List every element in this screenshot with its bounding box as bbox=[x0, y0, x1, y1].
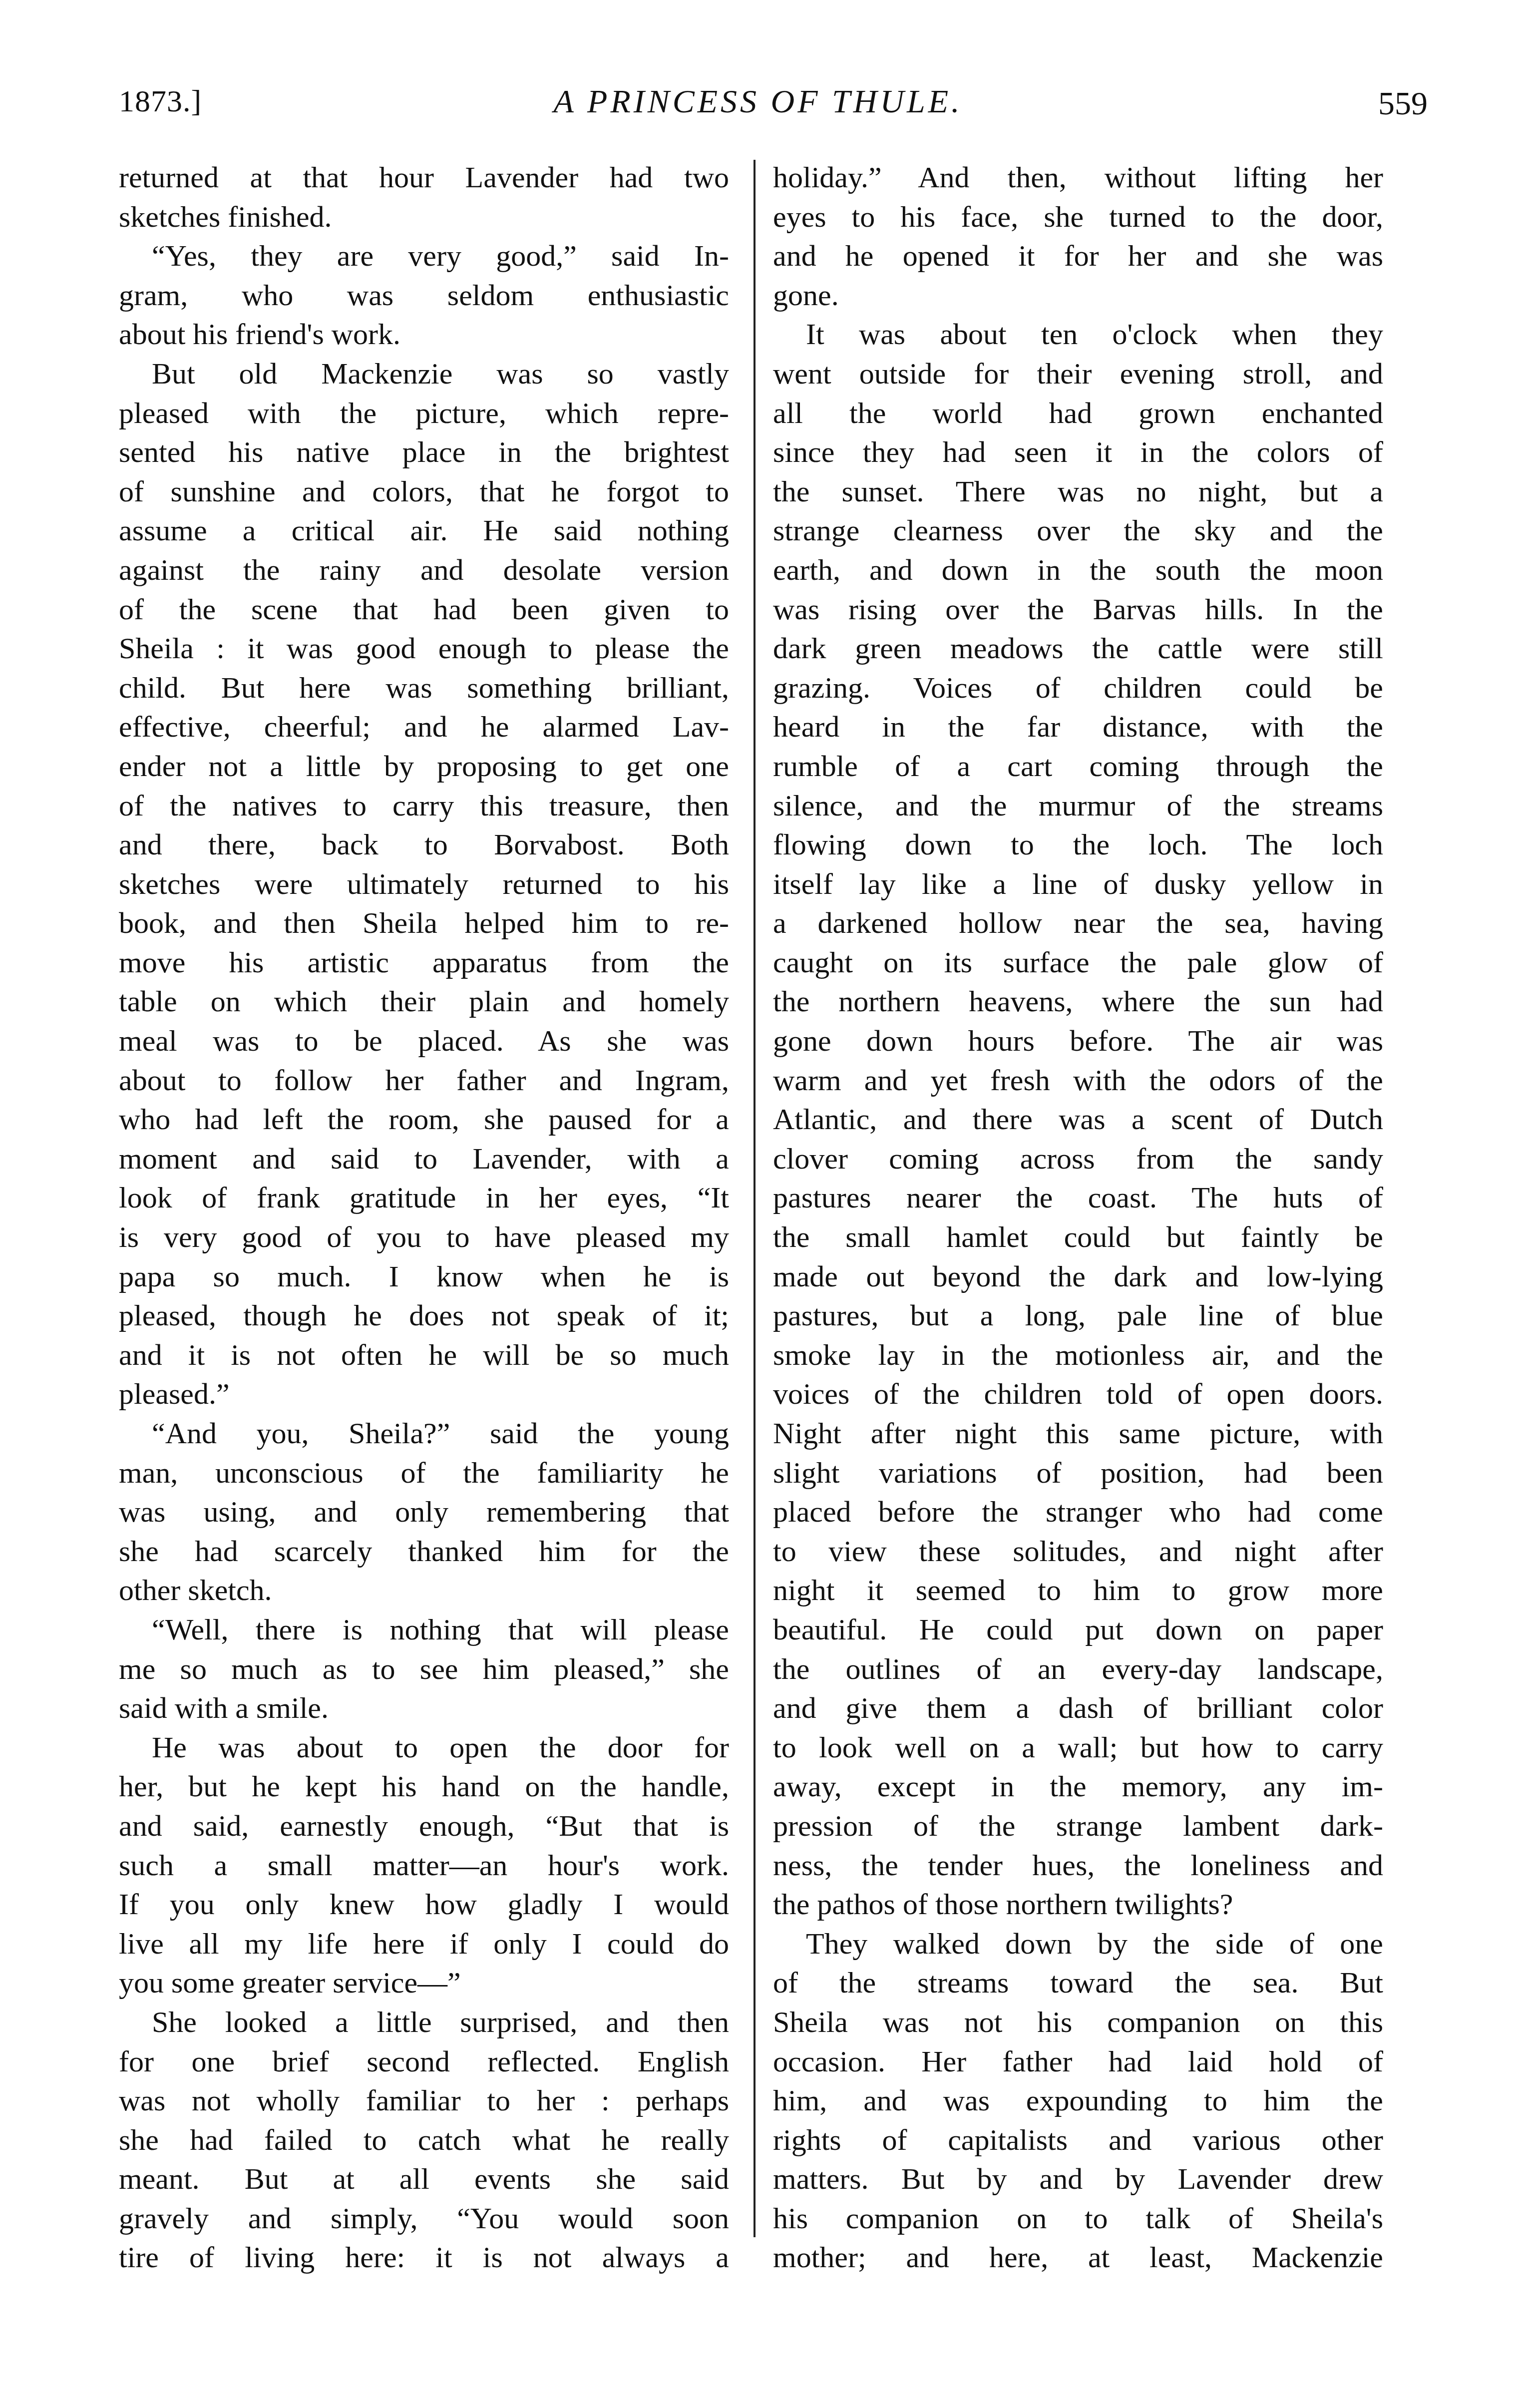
text-line: gone down hours before. The air was bbox=[773, 1021, 1383, 1061]
paragraph: He was about to open the door forher, bu… bbox=[119, 1728, 729, 2003]
text-line: smoke lay in the motionless air, and the bbox=[773, 1335, 1383, 1375]
text-line: went outside for their evening stroll, a… bbox=[773, 354, 1383, 394]
text-line: Sheila was not his companion on this bbox=[773, 2003, 1383, 2042]
text-line: warm and yet fresh with the odors of the bbox=[773, 1061, 1383, 1100]
text-line: and it is not often he will be so much bbox=[119, 1335, 729, 1375]
text-line: and there, back to Borvabost. Both bbox=[119, 825, 729, 864]
text-line: meant. But at all events she said bbox=[119, 2159, 729, 2199]
text-line: pleased.” bbox=[119, 1374, 729, 1414]
text-line: sketches were ultimately returned to his bbox=[119, 864, 729, 904]
text-line: caught on its surface the pale glow of bbox=[773, 943, 1383, 982]
text-line: pastures nearer the coast. The huts of bbox=[773, 1178, 1383, 1217]
text-line: ness, the tender hues, the loneliness an… bbox=[773, 1846, 1383, 1885]
text-line: grazing. Voices of children could be bbox=[773, 668, 1383, 708]
text-line: child. But here was something brilliant, bbox=[119, 668, 729, 708]
text-line: It was about ten o'clock when they bbox=[773, 315, 1383, 354]
text-line: placed before the stranger who had come bbox=[773, 1492, 1383, 1532]
text-line: matters. But by and by Lavender drew bbox=[773, 2159, 1383, 2199]
text-line: to view these solitudes, and night after bbox=[773, 1532, 1383, 1571]
text-line: was rising over the Barvas hills. In the bbox=[773, 590, 1383, 629]
text-line: meal was to be placed. As she was bbox=[119, 1021, 729, 1061]
text-line: silence, and the murmur of the streams bbox=[773, 786, 1383, 825]
text-line: gravely and simply, “You would soon bbox=[119, 2199, 729, 2238]
text-line: her, but he kept his hand on the handle, bbox=[119, 1767, 729, 1806]
text-line: “Yes, they are very good,” said In- bbox=[119, 236, 729, 276]
header-title: A PRINCESS OF THULE. bbox=[0, 83, 1516, 121]
paragraph: “Yes, they are very good,” said In-gram,… bbox=[119, 236, 729, 354]
text-line: was using, and only remembering that bbox=[119, 1492, 729, 1532]
text-line: him, and was expounding to him the bbox=[773, 2081, 1383, 2120]
text-line: dark green meadows the cattle were still bbox=[773, 629, 1383, 668]
text-line: “And you, Sheila?” said the young bbox=[119, 1414, 729, 1453]
text-line: of the natives to carry this treasure, t… bbox=[119, 786, 729, 825]
text-line: the northern heavens, where the sun had bbox=[773, 982, 1383, 1021]
text-line: of the streams toward the sea. But bbox=[773, 1963, 1383, 2003]
text-line: away, except in the memory, any im- bbox=[773, 1767, 1383, 1806]
text-line: and said, earnestly enough, “But that is bbox=[119, 1806, 729, 1846]
text-line: slight variations of position, had been bbox=[773, 1453, 1383, 1493]
text-line: papa so much. I know when he is bbox=[119, 1257, 729, 1296]
text-line: She looked a little surprised, and then bbox=[119, 2003, 729, 2042]
text-line: of the scene that had been given to bbox=[119, 590, 729, 629]
text-line: other sketch. bbox=[119, 1571, 729, 1610]
text-line: all the world had grown enchanted bbox=[773, 394, 1383, 433]
text-line: you some greater service—” bbox=[119, 1963, 729, 2003]
text-line: sented his native place in the brightest bbox=[119, 432, 729, 472]
text-line: pleased, though he does not speak of it; bbox=[119, 1296, 729, 1335]
text-line: gone. bbox=[773, 276, 1383, 315]
text-line: move his artistic apparatus from the bbox=[119, 943, 729, 982]
text-line: clover coming across from the sandy bbox=[773, 1139, 1383, 1179]
text-line: about to follow her father and Ingram, bbox=[119, 1061, 729, 1100]
text-line: table on which their plain and homely bbox=[119, 982, 729, 1021]
text-column-right: holiday.” And then, without lifting here… bbox=[773, 158, 1383, 2277]
text-line: Atlantic, and there was a scent of Dutch bbox=[773, 1100, 1383, 1139]
paragraph: It was about ten o'clock when theywent o… bbox=[773, 315, 1383, 1924]
text-line: holiday.” And then, without lifting her bbox=[773, 158, 1383, 197]
paragraph: “Well, there is nothing that will please… bbox=[119, 1610, 729, 1728]
text-line: rights of capitalists and various other bbox=[773, 2120, 1383, 2160]
text-line: “Well, there is nothing that will please bbox=[119, 1610, 729, 1649]
text-line: returned at that hour Lavender had two bbox=[119, 158, 729, 197]
text-line: itself lay like a line of dusky yellow i… bbox=[773, 864, 1383, 904]
text-line: is very good of you to have pleased my bbox=[119, 1217, 729, 1257]
running-header: 1873.] A PRINCESS OF THULE. 559 bbox=[0, 0, 1516, 130]
text-line: for one brief second reflected. English bbox=[119, 2042, 729, 2081]
text-line: the outlines of an every-day landscape, bbox=[773, 1649, 1383, 1689]
text-line: gram, who was seldom enthusiastic bbox=[119, 276, 729, 315]
text-line: beautiful. He could put down on paper bbox=[773, 1610, 1383, 1649]
text-line: said with a smile. bbox=[119, 1688, 729, 1728]
text-line: pastures, but a long, pale line of blue bbox=[773, 1296, 1383, 1335]
text-line: strange clearness over the sky and the bbox=[773, 511, 1383, 550]
text-line: and he opened it for her and she was bbox=[773, 236, 1383, 276]
text-line: his companion on to talk of Sheila's bbox=[773, 2199, 1383, 2238]
text-line: about his friend's work. bbox=[119, 315, 729, 354]
text-line: such a small matter—an hour's work. bbox=[119, 1846, 729, 1885]
text-line: and give them a dash of brilliant color bbox=[773, 1688, 1383, 1728]
text-line: flowing down to the loch. The loch bbox=[773, 825, 1383, 864]
text-line: the small hamlet could but faintly be bbox=[773, 1217, 1383, 1257]
text-column-left: returned at that hour Lavender had twosk… bbox=[119, 158, 729, 2277]
text-line: book, and then Sheila helped him to re- bbox=[119, 903, 729, 943]
text-line: They walked down by the side of one bbox=[773, 1924, 1383, 1964]
paragraph: holiday.” And then, without lifting here… bbox=[773, 158, 1383, 315]
text-line: ender not a little by proposing to get o… bbox=[119, 747, 729, 786]
text-line: since they had seen it in the colors of bbox=[773, 432, 1383, 472]
text-line: live all my life here if only I could do bbox=[119, 1924, 729, 1964]
text-line: voices of the children told of open door… bbox=[773, 1374, 1383, 1414]
page-number: 559 bbox=[1378, 85, 1428, 123]
text-line: look of frank gratitude in her eyes, “It bbox=[119, 1178, 729, 1217]
text-line: But old Mackenzie was so vastly bbox=[119, 354, 729, 394]
text-line: the sunset. There was no night, but a bbox=[773, 472, 1383, 511]
text-line: pression of the strange lambent dark- bbox=[773, 1806, 1383, 1846]
text-line: me so much as to see him pleased,” she bbox=[119, 1649, 729, 1689]
text-line: was not wholly familiar to her : perhaps bbox=[119, 2081, 729, 2120]
text-line: she had scarcely thanked him for the bbox=[119, 1532, 729, 1571]
paragraph: But old Mackenzie was so vastlypleased w… bbox=[119, 354, 729, 1414]
text-line: pleased with the picture, which repre- bbox=[119, 394, 729, 433]
text-line: against the rainy and desolate version bbox=[119, 550, 729, 590]
text-line: night it seemed to him to grow more bbox=[773, 1571, 1383, 1610]
text-line: rumble of a cart coming through the bbox=[773, 747, 1383, 786]
text-line: occasion. Her father had laid hold of bbox=[773, 2042, 1383, 2081]
text-line: effective, cheerful; and he alarmed Lav- bbox=[119, 707, 729, 747]
text-line: tire of living here: it is not always a bbox=[119, 2238, 729, 2277]
text-line: moment and said to Lavender, with a bbox=[119, 1139, 729, 1179]
text-line: of sunshine and colors, that he forgot t… bbox=[119, 472, 729, 511]
text-line: she had failed to catch what he really bbox=[119, 2120, 729, 2160]
paragraph: They walked down by the side of oneof th… bbox=[773, 1924, 1383, 2277]
text-line: the pathos of those northern twilights? bbox=[773, 1885, 1383, 1924]
text-line: heard in the far distance, with the bbox=[773, 707, 1383, 747]
paragraph: She looked a little surprised, and thenf… bbox=[119, 2003, 729, 2277]
text-line: man, unconscious of the familiarity he bbox=[119, 1453, 729, 1493]
text-line: a darkened hollow near the sea, having bbox=[773, 903, 1383, 943]
text-line: to look well on a wall; but how to carry bbox=[773, 1728, 1383, 1767]
text-line: sketches finished. bbox=[119, 197, 729, 237]
text-line: If you only knew how gladly I would bbox=[119, 1885, 729, 1924]
text-line: assume a critical air. He said nothing bbox=[119, 511, 729, 550]
text-line: made out beyond the dark and low-lying bbox=[773, 1257, 1383, 1296]
text-line: Sheila : it was good enough to please th… bbox=[119, 629, 729, 668]
paragraph: “And you, Sheila?” said the youngman, un… bbox=[119, 1414, 729, 1610]
text-line: eyes to his face, she turned to the door… bbox=[773, 197, 1383, 237]
text-line: who had left the room, she paused for a bbox=[119, 1100, 729, 1139]
text-line: He was about to open the door for bbox=[119, 1728, 729, 1767]
text-line: mother; and here, at least, Mackenzie bbox=[773, 2238, 1383, 2277]
column-divider bbox=[754, 160, 756, 2237]
text-line: earth, and down in the south the moon bbox=[773, 550, 1383, 590]
paragraph: returned at that hour Lavender had twosk… bbox=[119, 158, 729, 236]
text-line: Night after night this same picture, wit… bbox=[773, 1414, 1383, 1453]
